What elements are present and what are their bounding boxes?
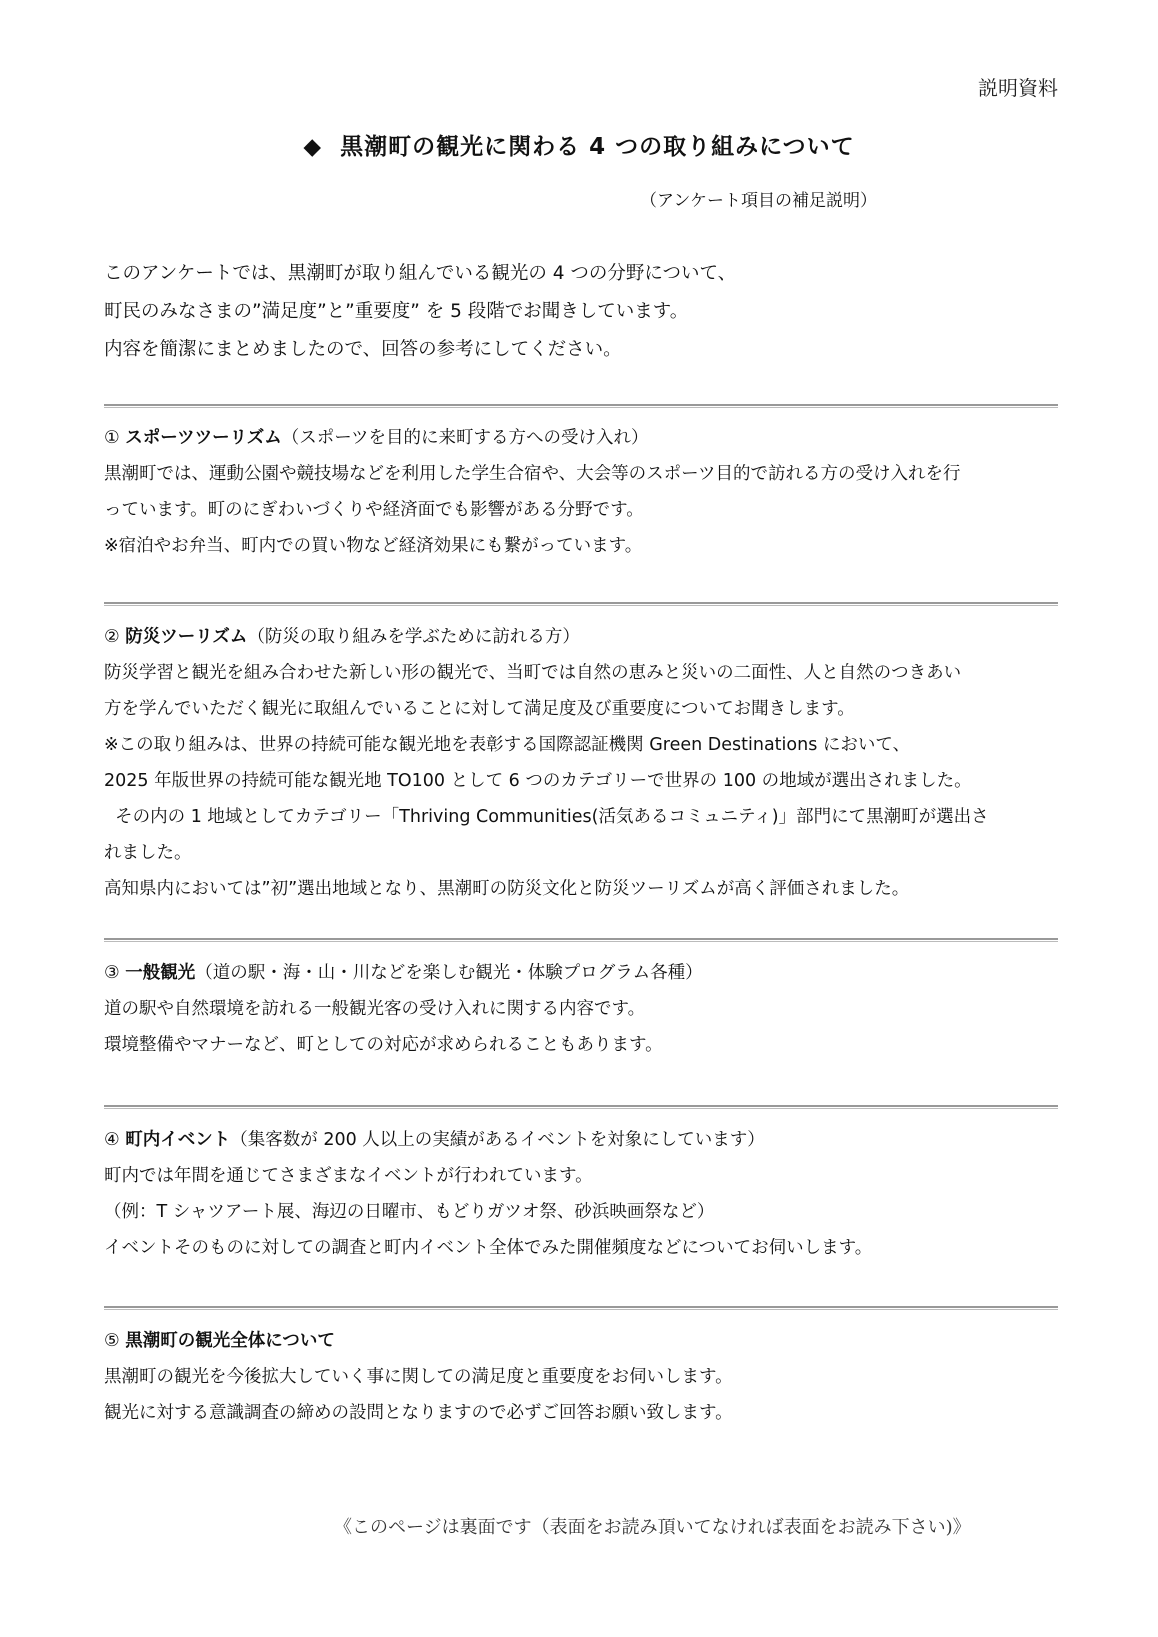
section-line: 環境整備やマナーなど、町としての対応が求められることもあります。 <box>104 1027 1064 1063</box>
section-general-tourism: ③ 一般観光（道の駅・海・山・川などを楽しむ観光・体験プログラム各種） 道の駅や… <box>104 955 1064 1063</box>
intro-line: このアンケートでは、黒潮町が取り組んでいる観光の 4 つの分野について、 <box>104 255 736 293</box>
section-line: 道の駅や自然環境を訪れる一般観光客の受け入れに関する内容です。 <box>104 991 1064 1027</box>
section-number: ② <box>104 627 120 647</box>
section-line: っています。町のにぎわいづくりや経済面でも影響がある分野です。 <box>104 492 1064 528</box>
section-name: 一般観光 <box>125 963 195 983</box>
section-divider <box>104 1105 1058 1109</box>
section-number: ⑤ <box>104 1331 120 1351</box>
section-sports-tourism: ① スポーツツーリズム（スポーツを目的に来町する方への受け入れ） 黒潮町では、運… <box>104 420 1064 564</box>
section-overall-tourism: ⑤ 黒潮町の観光全体について 黒潮町の観光を今後拡大していく事に関しての満足度と… <box>104 1323 1064 1431</box>
section-disaster-tourism: ② 防災ツーリズム（防災の取り組みを学ぶために訪れる方） 防災学習と観光を組み合… <box>104 619 1064 907</box>
page-title-text: 黒潮町の観光に関わる 4 つの取り組みについて <box>340 134 855 160</box>
section-name: 黒潮町の観光全体について <box>125 1331 335 1351</box>
intro-line: 内容を簡潔にまとめましたので、回答の参考にしてください。 <box>104 331 736 369</box>
section-divider <box>104 404 1058 408</box>
section-number: ① <box>104 428 120 448</box>
section-heading: ① スポーツツーリズム（スポーツを目的に来町する方への受け入れ） <box>104 420 1064 456</box>
back-page-note: 《このページは裏面です（表面をお読み頂いてなければ表面をお読み下さい)》 <box>334 1513 971 1539</box>
section-number: ③ <box>104 963 120 983</box>
section-line: 観光に対する意識調査の締めの設問となりますので必ずご回答お願い致します。 <box>104 1395 1064 1431</box>
section-line: ※この取り組みは、世界の持続可能な観光地を表彰する国際認証機関 Green De… <box>104 727 1064 763</box>
section-heading: ⑤ 黒潮町の観光全体について <box>104 1323 1064 1359</box>
section-name: 防災ツーリズム <box>125 627 247 647</box>
section-line: ※宿泊やお弁当、町内での買い物など経済効果にも繋がっています。 <box>104 528 1064 564</box>
section-line: 2025 年版世界の持続可能な観光地 TO100 として 6 つのカテゴリーで世… <box>104 763 1064 799</box>
section-line: 防災学習と観光を組み合わせた新しい形の観光で、当町では自然の恵みと災いの二面性、… <box>104 655 1064 691</box>
section-subtitle: （集客数が 200 人以上の実績があるイベントを対象にしています） <box>230 1130 765 1150</box>
section-divider <box>104 1306 1058 1310</box>
section-town-events: ④ 町内イベント（集客数が 200 人以上の実績があるイベントを対象にしています… <box>104 1122 1064 1266</box>
diamond-bullet-icon: ◆ <box>303 134 322 160</box>
section-line: 町内では年間を通じてさまざまなイベントが行われています。 <box>104 1158 1064 1194</box>
section-name: 町内イベント <box>125 1130 230 1150</box>
section-heading: ② 防災ツーリズム（防災の取り組みを学ぶために訪れる方） <box>104 619 1064 655</box>
section-divider <box>104 938 1058 942</box>
section-line: その内の 1 地域としてカテゴリー「Thriving Communities(活… <box>104 799 1064 835</box>
section-line: 黒潮町では、運動公園や競技場などを利用した学生合宿や、大会等のスポーツ目的で訪れ… <box>104 456 1064 492</box>
section-line: 方を学んでいただく観光に取組んでいることに対して満足度及び重要度についてお聞きし… <box>104 691 1064 727</box>
section-name: スポーツツーリズム <box>125 428 281 448</box>
section-divider <box>104 602 1058 606</box>
section-subtitle: （防災の取り組みを学ぶために訪れる方） <box>247 627 580 647</box>
page-title: ◆黒潮町の観光に関わる 4 つの取り組みについて <box>0 128 1158 161</box>
section-line: 黒潮町の観光を今後拡大していく事に関しての満足度と重要度をお伺いします。 <box>104 1359 1064 1395</box>
section-line: れました。 <box>104 835 1064 871</box>
section-heading: ④ 町内イベント（集客数が 200 人以上の実績があるイベントを対象にしています… <box>104 1122 1064 1158</box>
section-line: イベントそのものに対しての調査と町内イベント全体でみた開催頻度などについてお伺い… <box>104 1230 1064 1266</box>
document-label: 説明資料 <box>978 72 1058 101</box>
intro-line: 町民のみなさまの”満足度”と”重要度” を 5 段階でお聞きしています。 <box>104 293 736 331</box>
section-line: 高知県内においては”初”選出地域となり、黒潮町の防災文化と防災ツーリズムが高く評… <box>104 871 1064 907</box>
page-subtitle: （アンケート項目の補足説明） <box>640 186 877 211</box>
section-subtitle: （スポーツを目的に来町する方への受け入れ） <box>282 428 649 448</box>
section-line: （例：T シャツアート展、海辺の日曜市、もどりガツオ祭、砂浜映画祭など） <box>104 1194 1064 1230</box>
section-number: ④ <box>104 1130 120 1150</box>
intro-text: このアンケートでは、黒潮町が取り組んでいる観光の 4 つの分野について、 町民の… <box>104 255 736 369</box>
section-heading: ③ 一般観光（道の駅・海・山・川などを楽しむ観光・体験プログラム各種） <box>104 955 1064 991</box>
section-subtitle: （道の駅・海・山・川などを楽しむ観光・体験プログラム各種） <box>195 963 702 983</box>
